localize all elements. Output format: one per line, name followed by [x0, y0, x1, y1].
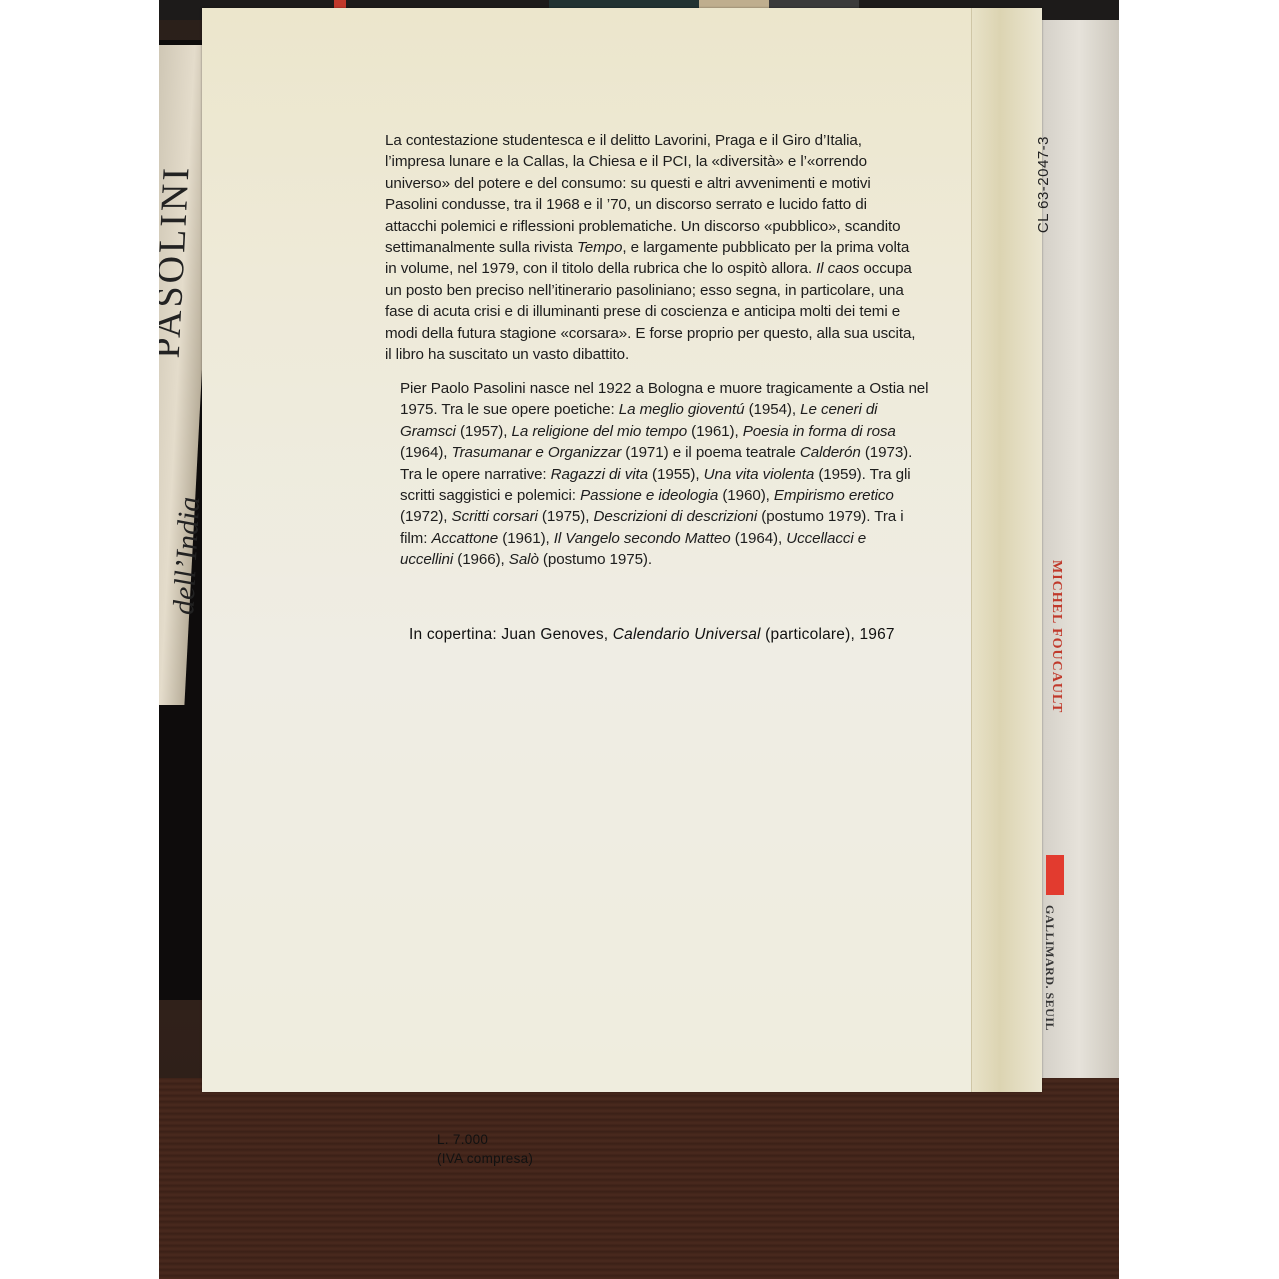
text-run: La contestazione studentesca e il delitt…	[385, 132, 862, 149]
text-run: (1972),	[400, 508, 452, 525]
italic-title: La meglio gioventú	[619, 401, 745, 418]
right-spine-title: MICHEL FOUCAULT	[1048, 560, 1064, 720]
blurb-line: modi della futura stagione «corsara». E …	[385, 323, 1025, 344]
italic-title: Ragazzi di vita	[551, 466, 648, 483]
wooden-shelf	[159, 1078, 1119, 1279]
blurb-line: un posto ben preciso nell’itinerario pas…	[385, 280, 1025, 301]
text-run: (1955),	[648, 466, 704, 483]
blurb-line: il libro ha suscitato un vasto dibattito…	[385, 344, 1025, 365]
italic-title: Le ceneri di	[800, 401, 877, 418]
italic-title: Gramsci	[400, 423, 456, 440]
text-run: scritti saggistici e polemici:	[400, 487, 580, 504]
bio-line: Pier Paolo Pasolini nasce nel 1922 a Bol…	[400, 378, 1040, 399]
italic-title: Una vita violenta	[704, 466, 815, 483]
text-run: , e largamente pubblicato per la prima v…	[622, 239, 909, 256]
blurb-line: fase di acuta crisi e di illuminanti pre…	[385, 301, 1025, 322]
text-run: l’impresa lunare e la Callas, la Chiesa …	[385, 153, 867, 170]
right-spine-publisher: GALLIMARD. SEUIL	[1042, 905, 1057, 1105]
italic-title: Empirismo eretico	[774, 487, 894, 504]
italic-title: uccellini	[400, 551, 453, 568]
italic-title: Passione e ideologia	[580, 487, 718, 504]
text-run: 1975. Tra le sue opere poetiche:	[400, 401, 619, 418]
author-bio-paragraph: Pier Paolo Pasolini nasce nel 1922 a Bol…	[400, 378, 1040, 571]
blurb-line: in volume, nel 1979, con il titolo della…	[385, 258, 1025, 279]
text-run: universo» del potere e del consumo: su q…	[385, 175, 871, 192]
italic-title: Scritti corsari	[452, 508, 538, 525]
italic-title: Uccellacci e	[786, 530, 866, 547]
cover-credit: In copertina: Juan Genoves, Calendario U…	[409, 626, 1049, 644]
price-amount: L. 7.000	[437, 1130, 533, 1149]
italic-title: Salò	[509, 551, 539, 568]
text-run: (1975),	[538, 508, 594, 525]
text-run: (1966),	[453, 551, 509, 568]
catalog-code: CL 63-2047-3	[1035, 136, 1052, 256]
blurb-line: l’impresa lunare e la Callas, la Chiesa …	[385, 151, 1025, 172]
price-note: (IVA compresa)	[437, 1149, 533, 1168]
blurb-paragraph: La contestazione studentesca e il delitt…	[385, 130, 1025, 365]
bio-line: Tra le opere narrative: Ragazzi di vita …	[400, 464, 1040, 485]
text-run: modi della futura stagione «corsara». E …	[385, 325, 915, 342]
bio-line: (1964), Trasumanar e Organizzar (1971) e…	[400, 442, 1040, 463]
blurb-line: attacchi polemici e riflessioni problema…	[385, 216, 1025, 237]
bio-line: scritti saggistici e polemici: Passione …	[400, 485, 1040, 506]
text-run: (1959). Tra gli	[814, 466, 910, 483]
italic-title: Descrizioni di descrizioni	[593, 508, 757, 525]
bio-line: 1975. Tra le sue opere poetiche: La megl…	[400, 399, 1040, 420]
text-run: (1954),	[744, 401, 800, 418]
italic-title: Il caos	[816, 260, 859, 277]
blurb-line: universo» del potere e del consumo: su q…	[385, 173, 1025, 194]
bio-line: uccellini (1966), Salò (postumo 1975).	[400, 549, 1040, 570]
text-run: (1973).	[861, 444, 913, 461]
text-run: (1961),	[687, 423, 743, 440]
italic-title: Il Vangelo secondo Matteo	[554, 530, 731, 547]
text-run: (1957),	[456, 423, 512, 440]
text-run: (1964),	[731, 530, 787, 547]
bio-line: Gramsci (1957), La religione del mio tem…	[400, 421, 1040, 442]
text-run: (1961),	[498, 530, 554, 547]
italic-title: Accattone	[431, 530, 498, 547]
cover-credit-title: Calendario Universal	[613, 626, 761, 643]
bio-line: (1972), Scritti corsari (1975), Descrizi…	[400, 506, 1040, 527]
text-run: occupa	[859, 260, 912, 277]
cover-credit-suffix: (particolare), 1967	[761, 626, 895, 643]
text-run: Tra le opere narrative:	[400, 466, 551, 483]
text-run: Pier Paolo Pasolini nasce nel 1922 a Bol…	[400, 380, 928, 397]
italic-title: Calderón	[800, 444, 861, 461]
right-spine-red-bar	[1046, 855, 1064, 895]
cover-credit-prefix: In copertina: Juan Genoves,	[409, 626, 613, 643]
text-run: (postumo 1975).	[539, 551, 652, 568]
blurb-line: La contestazione studentesca e il delitt…	[385, 130, 1025, 151]
text-run: (1971) e il poema teatrale	[621, 444, 800, 461]
blurb-line: Pasolini condusse, tra il 1968 e il ’70,…	[385, 194, 1025, 215]
italic-title: Poesia in forma di rosa	[743, 423, 896, 440]
italic-title: Tempo	[577, 239, 622, 256]
text-run: il libro ha suscitato un vasto dibattito…	[385, 346, 629, 363]
text-run: Pasolini condusse, tra il 1968 e il ’70,…	[385, 196, 867, 213]
text-run: (1960),	[718, 487, 774, 504]
text-run: (1964),	[400, 444, 452, 461]
italic-title: Trasumanar e Organizzar	[452, 444, 622, 461]
text-run: in volume, nel 1979, con il titolo della…	[385, 260, 816, 277]
text-run: fase di acuta crisi e di illuminanti pre…	[385, 303, 900, 320]
text-run: settimanalmente sulla rivista	[385, 239, 577, 256]
text-run: (postumo 1979). Tra i	[757, 508, 903, 525]
text-run: un posto ben preciso nell’itinerario pas…	[385, 282, 904, 299]
italic-title: La religione del mio tempo	[512, 423, 688, 440]
book-photo: PASOLINI dell’India ꝏ MICHEL FOUCAULT GA…	[159, 0, 1119, 1279]
text-run: attacchi polemici e riflessioni problema…	[385, 218, 901, 235]
bio-line: film: Accattone (1961), Il Vangelo secon…	[400, 528, 1040, 549]
price-block: L. 7.000 (IVA compresa)	[437, 1130, 533, 1168]
text-run: film:	[400, 530, 431, 547]
book-back-cover: CL 63-2047-3 La contestazione studentesc…	[202, 8, 1042, 1092]
blurb-line: settimanalmente sulla rivista Tempo, e l…	[385, 237, 1025, 258]
